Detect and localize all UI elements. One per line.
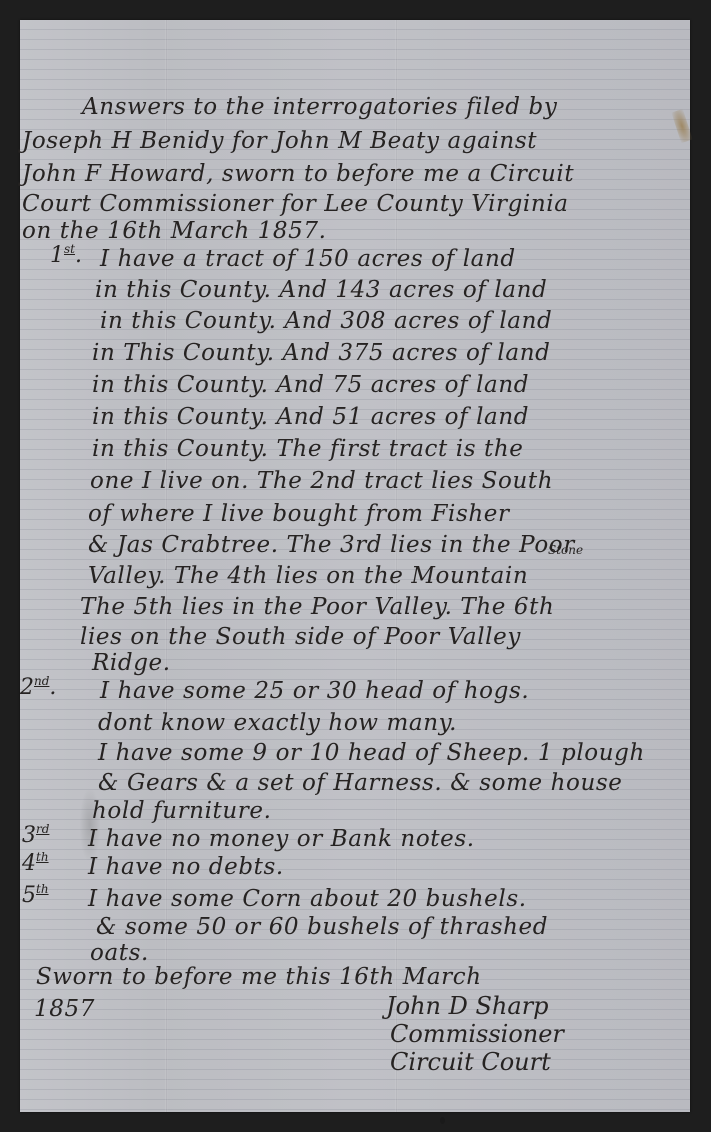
scan-background: Answers to the interrogatories filed by … — [0, 0, 711, 1132]
jurat-year: 1857 — [34, 998, 95, 1021]
answer-line: I have no money or Bank notes. — [88, 828, 475, 851]
answer-line: one I live on. The 2nd tract lies South — [90, 470, 553, 493]
heading-line: on the 16th March 1857. — [22, 220, 327, 243]
ink-dot — [440, 1117, 445, 1124]
signature-court: Circuit Court — [390, 1048, 551, 1076]
answer-line: of where I live bought from Fisher — [88, 503, 510, 526]
answer-number-3: 3rd — [22, 822, 49, 848]
document-page: Answers to the interrogatories filed by … — [20, 20, 690, 1112]
answer-line: & Jas Crabtree. The 3rd lies in the Poor — [88, 534, 575, 557]
answer-line: hold furniture. — [92, 800, 272, 823]
heading-line: Court Commissioner for Lee County Virgin… — [22, 193, 569, 216]
answer-line: The 5th lies in the Poor Valley. The 6th — [80, 596, 554, 619]
heading-line: John F Howard, sworn to before me a Circ… — [22, 163, 574, 186]
signature-title: Commissioner — [390, 1020, 564, 1048]
heading-line: Answers to the interrogatories filed by — [82, 96, 557, 119]
heading-line: Joseph H Benidy for John M Beaty against — [22, 130, 537, 153]
answer-line: in this County. And 51 acres of land — [92, 406, 529, 429]
answer-line: oats. — [90, 942, 149, 965]
signature-name: John D Sharp — [386, 992, 549, 1020]
answer-line: I have some 25 or 30 head of hogs. — [100, 680, 529, 703]
answer-number-5: 5th — [22, 882, 49, 908]
answer-number-2: 2nd. — [20, 674, 56, 700]
answer-line: Valley. The 4th lies on the Mountain — [88, 565, 528, 588]
inserted-word: Stone — [548, 543, 583, 557]
answer-line: I have some Corn about 20 bushels. — [88, 888, 527, 911]
jurat-line: Sworn to before me this 16th March — [36, 966, 482, 989]
answer-number-1: 1st. — [50, 242, 82, 268]
answer-number-4: 4th — [22, 850, 49, 876]
answer-line: in this County. And 143 acres of land — [95, 279, 547, 302]
answer-line: in this County. The first tract is the — [92, 438, 524, 461]
answer-line: I have a tract of 150 acres of land — [100, 248, 516, 271]
answer-line: I have no debts. — [88, 856, 284, 879]
answer-line: in this County. And 75 acres of land — [92, 374, 529, 397]
answer-line: & Gears & a set of Harness. & some house — [98, 772, 623, 795]
answer-line: lies on the South side of Poor Valley — [80, 626, 521, 649]
ink-stain — [671, 109, 692, 143]
answer-line: in this County. And 308 acres of land — [100, 310, 552, 333]
answer-line: I have some 9 or 10 head of Sheep. 1 plo… — [98, 742, 645, 765]
answer-line: Ridge. — [92, 652, 171, 675]
answer-line: dont know exactly how many. — [98, 712, 457, 735]
answer-line: in This County. And 375 acres of land — [92, 342, 550, 365]
answer-line: & some 50 or 60 bushels of thrashed — [96, 916, 548, 939]
